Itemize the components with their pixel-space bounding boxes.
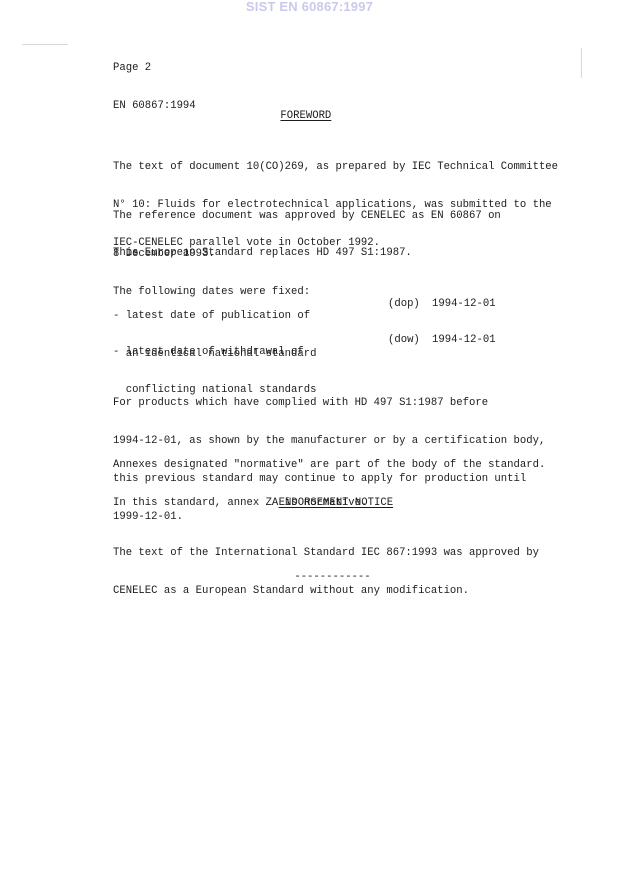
date-abbr: (dop)	[388, 298, 420, 311]
scan-artifact-left	[22, 44, 68, 45]
end-rule: ------------	[23, 571, 619, 584]
date-abbr: (dow)	[388, 334, 420, 347]
text-line: Annexes designated "normative" are part …	[113, 459, 545, 472]
text-line: For products which have complied with HD…	[113, 397, 545, 410]
date-value: 1994-12-01	[432, 298, 496, 311]
scan-artifact-right	[581, 48, 582, 78]
endorsement-title: ENDORSEMENT NOTICE	[20, 484, 619, 509]
endorsement-title-text: ENDORSEMENT NOTICE	[279, 497, 393, 509]
date-desc-line: - latest date of withdrawal of	[113, 346, 513, 359]
text-line: The text of document 10(CO)269, as prepa…	[113, 161, 558, 174]
foreword-title: FOREWORD	[0, 97, 609, 122]
foreword-title-text: FOREWORD	[280, 110, 331, 122]
text-line: CENELEC as a European Standard without a…	[113, 585, 539, 598]
page-number: Page 2	[113, 62, 196, 75]
text-line: The text of the International Standard I…	[113, 547, 539, 560]
endorsement-para: The text of the International Standard I…	[113, 522, 539, 610]
watermark: SIST EN 60867:1997	[0, 0, 619, 14]
text-line: The reference document was approved by C…	[113, 210, 501, 223]
date-value: 1994-12-01	[432, 334, 496, 347]
text-line: This European Standard replaces HD 497 S…	[113, 247, 412, 260]
